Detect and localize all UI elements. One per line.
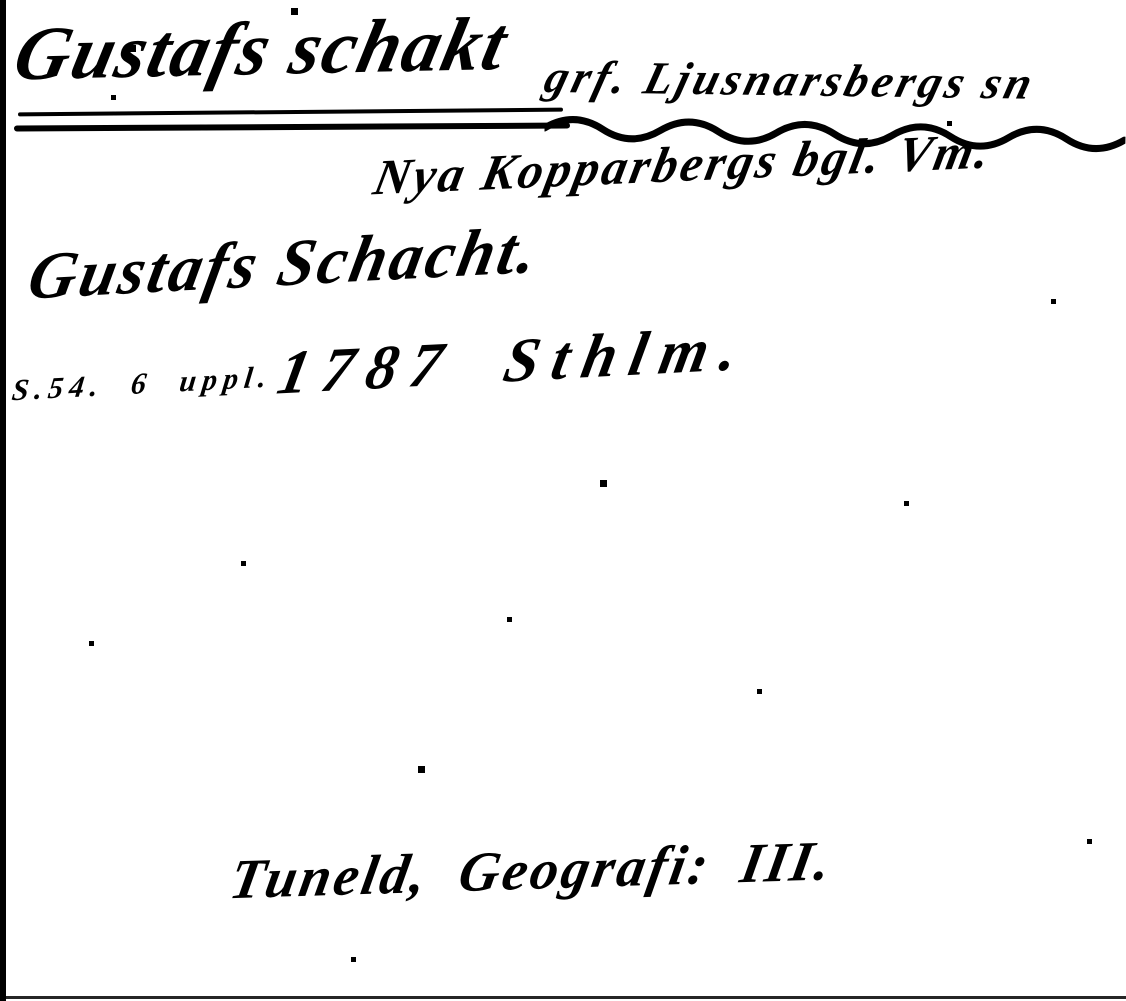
district-line-text: Nya Kopparbergs bgl. Vm. [370,125,998,202]
scan-left-edge-line [0,0,6,1001]
parish-annotation-text: grf. Ljusnarsbergs sn [540,54,1041,107]
imprint-line-text: 1787 Sthlm. [273,317,756,404]
scan-speckles [0,0,3,3]
scan-bottom-edge-line [0,996,1126,999]
reference-note-text: S.54. 6 uppl. [10,362,274,406]
name-line-text: Gustafs Schacht. [23,217,545,310]
headword-double-underline-top [18,108,563,117]
index-card: Gustafs schakt grf. Ljusnarsbergs sn Nya… [0,0,1126,1001]
source-citation-text: Tuneld, Geografi: III. [226,833,838,908]
headword-double-underline-bottom [14,123,570,132]
headword-text: Gustafs schakt [8,6,516,93]
